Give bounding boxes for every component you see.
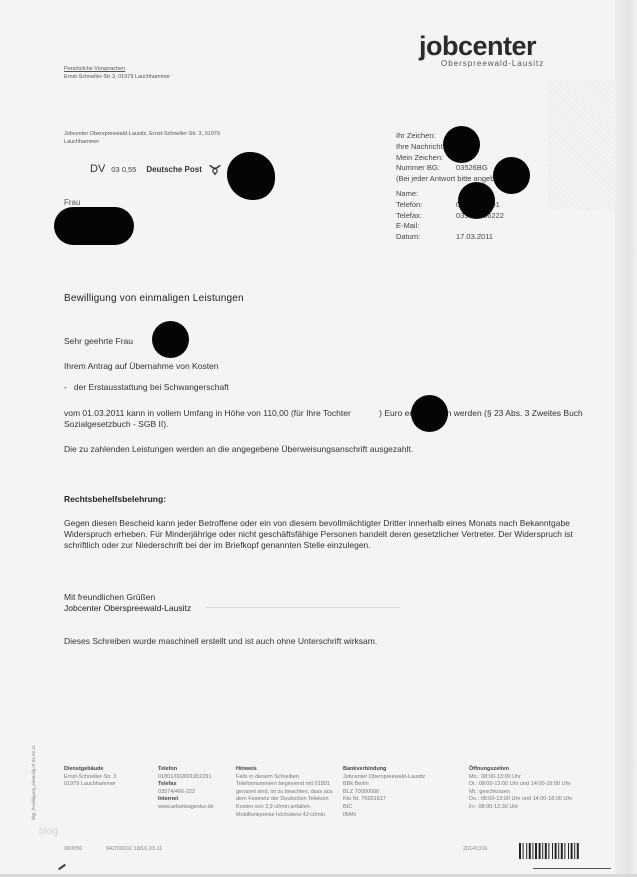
- return-address-line-2: Lauchhammer: [64, 139, 220, 147]
- letter-item: - der Erstausstattung bei Schwangerschaf…: [64, 382, 229, 393]
- redaction-mark: [493, 157, 530, 194]
- footer-contact: Telefon 01801/002691952291 Telefax 03574…: [158, 766, 214, 812]
- watermark: blog: [39, 826, 58, 837]
- letter-intro: Ihrem Antrag auf Übernahme von Kosten: [64, 361, 219, 372]
- closing: Mit freundlichen Grüßen: [64, 592, 191, 603]
- letter-subject: Bewilligung von einmaligen Leistungen: [64, 293, 244, 304]
- redaction-mark: [54, 207, 134, 245]
- closing-block: Mit freundlichen Grüßen Jobcenter Obersp…: [64, 592, 191, 614]
- scan-shading: [548, 80, 616, 210]
- jobcenter-logo: jobcenter Oberspreewald-Lausitz: [419, 33, 544, 68]
- footer-bank: Bankverbindung Jobcenter Oberspreewald-L…: [343, 766, 425, 819]
- barcode: [519, 843, 605, 859]
- return-address: Jobcenter Oberspreewald-Lausitz, Ernst-S…: [64, 131, 220, 146]
- sender-line-2: Ernst-Schneller-Str 3, 01979 Lauchhammer: [64, 74, 170, 82]
- postage-carrier: Deutsche Post: [146, 165, 202, 174]
- ref-row: Datum:17.03.2011: [396, 232, 505, 243]
- ref-row: (Bei jeder Antwort bitte angeben): [396, 174, 505, 185]
- redaction-mark: [152, 321, 189, 358]
- legal-text: Gegen diesen Bescheid kann jeder Betroff…: [64, 518, 589, 551]
- signature-line: [205, 607, 400, 608]
- side-code: dlgt_bewilligung_einmalig.rtf 04.02.11: [29, 712, 39, 820]
- logo-subtitle: Oberspreewald-Lausitz: [441, 59, 544, 68]
- return-address-line-1: Jobcenter Oberspreewald-Lausitz, Ernst-S…: [64, 131, 220, 139]
- letter-decision: vom 01.03.2011 kann in vollem Umfang in …: [64, 408, 589, 430]
- footer-hours: Öffnungszeiten Mo.: 08:00-13:00 Uhr Di.:…: [469, 766, 572, 812]
- postage-dv: DV: [90, 163, 105, 175]
- legal-heading: Rechtsbehelfsbelehrung:: [64, 494, 166, 504]
- print-code-right: 20141316: [463, 846, 487, 852]
- sender-line-1: Persönliche Vorsprachen: [64, 66, 170, 74]
- auto-note: Dieses Schreiben wurde maschinell erstel…: [64, 636, 377, 647]
- postage-line: DV 03 0,55 Deutsche Post: [90, 163, 222, 175]
- signature: Jobcenter Oberspreewald-Lausitz: [64, 603, 191, 614]
- ref-row: E-Mail:: [396, 221, 505, 232]
- website-link: www.arbeitsagentur.de: [158, 804, 214, 812]
- footer-note: Hinweis Falls in diesem Schreiben Telefo…: [236, 766, 336, 819]
- redaction-mark: [411, 395, 448, 432]
- print-code-left: 000056: [64, 846, 82, 852]
- postage-code: 03 0,55: [111, 165, 136, 174]
- redaction-mark: [443, 126, 480, 163]
- scan-right-edge: [615, 0, 637, 877]
- recipient-salutation: Frau: [64, 198, 80, 207]
- ref-row: Nummer BG:03526BG: [396, 163, 505, 174]
- redaction-mark: [458, 182, 495, 219]
- footer-building: Dienstgebäude Ernst-Schneller-Str. 3 019…: [64, 766, 116, 789]
- letter-salutation: Sehr geehrte Frau: [64, 336, 133, 347]
- letter-payment: Die zu zahlenden Leistungen werden an di…: [64, 444, 413, 455]
- sender-block: Persönliche Vorsprachen Ernst-Schneller-…: [64, 66, 170, 81]
- redaction-mark: [227, 152, 275, 200]
- underline-mark: [533, 868, 611, 869]
- print-code-middle: 942/00002 18/16.03.11: [106, 846, 162, 852]
- post-horn-icon: [208, 163, 222, 175]
- logo-name: jobcenter: [419, 33, 544, 60]
- pen-mark: [58, 864, 66, 870]
